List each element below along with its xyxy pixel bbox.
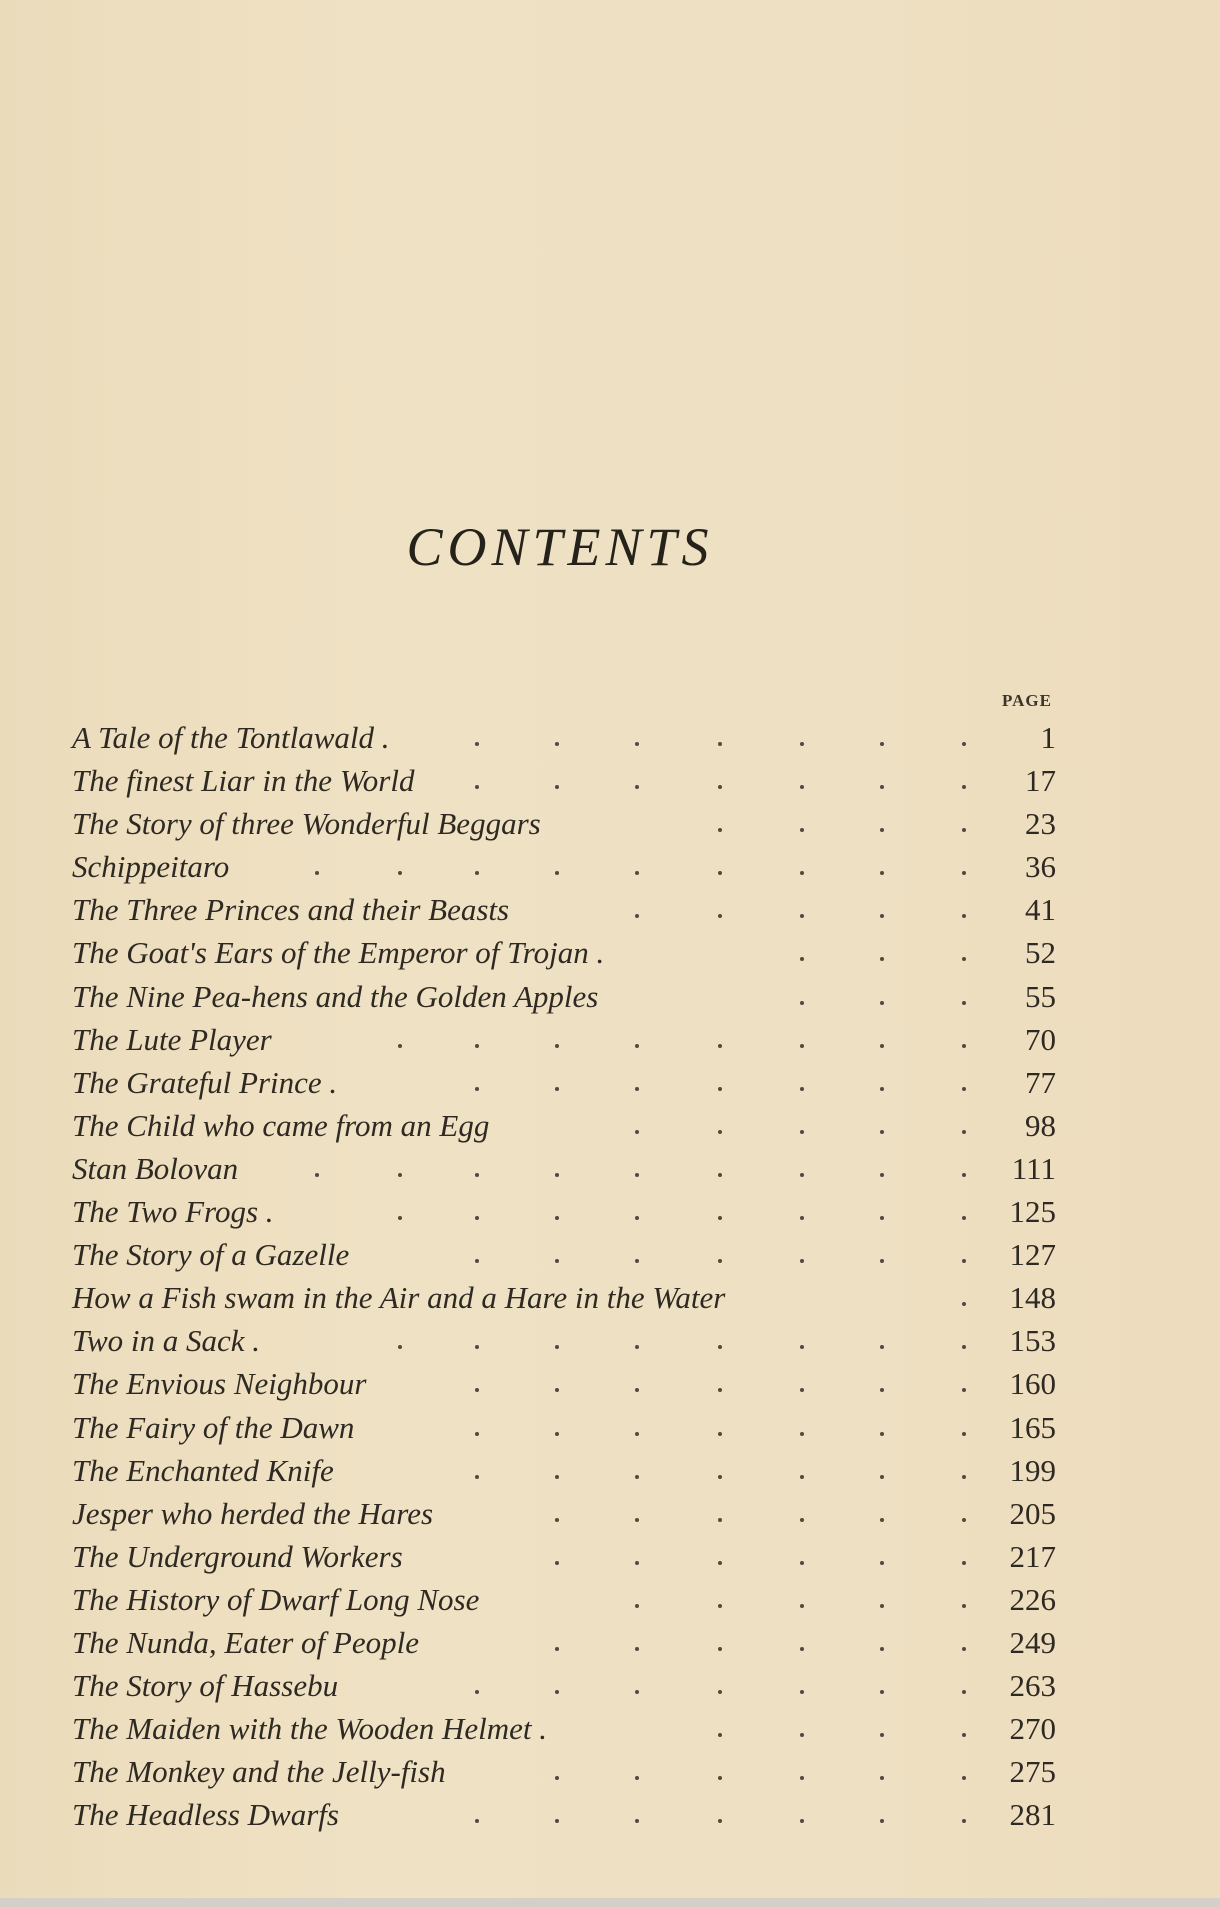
leader-dot <box>880 1776 884 1780</box>
toc-entry-page-number: 36 <box>1025 845 1056 888</box>
toc-entry: Schippeitaro36 <box>0 845 1220 888</box>
leader-dot <box>475 1475 479 1479</box>
toc-entry-page-number: 226 <box>1010 1578 1057 1621</box>
toc-entry-page-number: 52 <box>1025 931 1056 974</box>
leader-dot <box>880 914 884 918</box>
leader-dot <box>475 1345 479 1349</box>
leader-dot <box>635 785 639 789</box>
leader-dot <box>398 1216 402 1220</box>
leader-dot <box>962 1001 966 1005</box>
leader-dot <box>475 1432 479 1436</box>
leader-dot <box>555 871 559 875</box>
leader-dot <box>475 742 479 746</box>
leader-dot <box>718 1518 722 1522</box>
toc-entry: The Grateful Prince .77 <box>0 1061 1220 1104</box>
toc-entry-page-number: 217 <box>1010 1535 1057 1578</box>
leader-dot <box>800 1819 804 1823</box>
leader-dot <box>475 1216 479 1220</box>
leader-dot <box>475 1044 479 1048</box>
leader-dot <box>800 1690 804 1694</box>
leader-dot <box>800 914 804 918</box>
toc-entry: A Tale of the Tontlawald .1 <box>0 716 1220 759</box>
toc-entry: The History of Dwarf Long Nose226 <box>0 1578 1220 1621</box>
toc-entry: How a Fish swam in the Air and a Hare in… <box>0 1276 1220 1319</box>
leader-dot <box>800 1087 804 1091</box>
leader-dot <box>800 828 804 832</box>
leader-dot <box>880 1216 884 1220</box>
leader-dot <box>555 1259 559 1263</box>
leader-dot <box>718 1388 722 1392</box>
leader-dot <box>555 1044 559 1048</box>
leader-dot <box>475 871 479 875</box>
leader-dot <box>718 1432 722 1436</box>
leader-dot <box>718 1776 722 1780</box>
toc-entry-page-number: 98 <box>1025 1104 1056 1147</box>
toc-entry-page-number: 77 <box>1025 1061 1056 1104</box>
leader-dot <box>962 1130 966 1134</box>
toc-entry-page-number: 1 <box>1041 716 1057 759</box>
leader-dot <box>398 1044 402 1048</box>
leader-dot <box>962 871 966 875</box>
page-bottom-edge <box>0 1898 1220 1907</box>
leader-dot <box>555 785 559 789</box>
leader-dot <box>635 1776 639 1780</box>
toc-entry-page-number: 23 <box>1025 802 1056 845</box>
leader-dot <box>475 1388 479 1392</box>
table-of-contents: A Tale of the Tontlawald .1The finest Li… <box>0 716 1220 1836</box>
leader-dot <box>880 1604 884 1608</box>
toc-entry: The Underground Workers217 <box>0 1535 1220 1578</box>
leader-dot <box>635 1388 639 1392</box>
leader-dot <box>800 1647 804 1651</box>
toc-entry-page-number: 160 <box>1010 1362 1057 1405</box>
leader-dot <box>880 1733 884 1737</box>
toc-entry: The Story of three Wonderful Beggars23 <box>0 802 1220 845</box>
leader-dot <box>718 828 722 832</box>
leader-dot <box>635 1259 639 1263</box>
leader-dot <box>800 957 804 961</box>
toc-entry-page-number: 70 <box>1025 1018 1056 1061</box>
leader-dot <box>880 1819 884 1823</box>
leader-dot <box>962 1647 966 1651</box>
leader-dot <box>962 957 966 961</box>
page-column-label: PAGE <box>1002 691 1052 711</box>
leader-dot <box>475 1259 479 1263</box>
toc-entry-page-number: 205 <box>1010 1492 1057 1535</box>
leader-dot <box>962 1518 966 1522</box>
leader-dot <box>718 1647 722 1651</box>
leader-dot <box>315 1173 319 1177</box>
leader-dot <box>880 1044 884 1048</box>
leader-dot <box>315 871 319 875</box>
leader-dot <box>880 1561 884 1565</box>
leader-dot <box>880 1173 884 1177</box>
leader-dot <box>718 1475 722 1479</box>
leader-dot <box>880 1130 884 1134</box>
leader-dot <box>635 1518 639 1522</box>
toc-entry: The Fairy of the Dawn165 <box>0 1406 1220 1449</box>
leader-dot <box>555 1432 559 1436</box>
leader-dot <box>962 914 966 918</box>
leader-dot <box>800 1776 804 1780</box>
leader-dot <box>555 1690 559 1694</box>
leader-dot <box>800 1733 804 1737</box>
leader-dot <box>962 828 966 832</box>
toc-entry: The Two Frogs .125 <box>0 1190 1220 1233</box>
leader-dot <box>555 1776 559 1780</box>
leader-dot <box>880 1259 884 1263</box>
leader-dot <box>718 1173 722 1177</box>
leader-dot <box>800 1173 804 1177</box>
leader-dot <box>880 1518 884 1522</box>
leader-dot <box>718 1044 722 1048</box>
toc-entry: The Nine Pea-hens and the Golden Apples5… <box>0 975 1220 1018</box>
leader-dot <box>880 1475 884 1479</box>
leader-dot <box>635 1130 639 1134</box>
leader-dot <box>800 1604 804 1608</box>
toc-entry: The Goat's Ears of the Emperor of Trojan… <box>0 931 1220 974</box>
leader-dot <box>962 1561 966 1565</box>
leader-dot <box>800 1044 804 1048</box>
leader-dot <box>880 1690 884 1694</box>
leader-dot <box>635 1432 639 1436</box>
leader-dot <box>475 1173 479 1177</box>
leader-dot <box>635 1173 639 1177</box>
leader-dot <box>555 1518 559 1522</box>
leader-dot <box>880 871 884 875</box>
book-page: CONTENTS PAGE A Tale of the Tontlawald .… <box>0 0 1220 1898</box>
leader-dot <box>635 1216 639 1220</box>
toc-entry-page-number: 127 <box>1010 1233 1057 1276</box>
toc-entry-page-number: 165 <box>1010 1406 1057 1449</box>
leader-dot <box>962 742 966 746</box>
leader-dot <box>962 1432 966 1436</box>
toc-entry-page-number: 41 <box>1025 888 1056 931</box>
leader-dot <box>880 1001 884 1005</box>
toc-entry: The Story of Hassebu263 <box>0 1664 1220 1707</box>
toc-entry: The Monkey and the Jelly-fish275 <box>0 1750 1220 1793</box>
leader-dot <box>800 1388 804 1392</box>
toc-entry: The Child who came from an Egg98 <box>0 1104 1220 1147</box>
toc-entry: The Three Princes and their Beasts41 <box>0 888 1220 931</box>
leader-dot <box>962 1733 966 1737</box>
toc-entry: The Lute Player70 <box>0 1018 1220 1061</box>
leader-dot <box>962 1475 966 1479</box>
leader-dot <box>398 1173 402 1177</box>
leader-dot <box>880 1345 884 1349</box>
leader-dot <box>398 871 402 875</box>
leader-dot <box>555 1216 559 1220</box>
toc-entry-page-number: 263 <box>1010 1664 1057 1707</box>
leader-dot <box>555 1561 559 1565</box>
leader-dot <box>962 1302 966 1306</box>
toc-entry: The Story of a Gazelle127 <box>0 1233 1220 1276</box>
leader-dot <box>962 785 966 789</box>
toc-entry: The Nunda, Eater of People249 <box>0 1621 1220 1664</box>
leader-dot <box>555 742 559 746</box>
leader-dot <box>880 957 884 961</box>
leader-dot <box>555 1087 559 1091</box>
leader-dot <box>718 1259 722 1263</box>
toc-entry-page-number: 55 <box>1025 975 1056 1018</box>
leader-dot <box>718 1733 722 1737</box>
leader-dot <box>718 871 722 875</box>
toc-entry-page-number: 270 <box>1010 1707 1057 1750</box>
leader-dot <box>635 1044 639 1048</box>
leader-dot <box>635 1087 639 1091</box>
leader-dot <box>555 1475 559 1479</box>
leader-dot <box>800 1216 804 1220</box>
leader-dot <box>635 1345 639 1349</box>
leader-dot <box>718 742 722 746</box>
leader-dot <box>718 785 722 789</box>
leader-dot <box>635 1475 639 1479</box>
leader-dot <box>635 1647 639 1651</box>
leader-dot <box>962 1216 966 1220</box>
leader-dot <box>718 1819 722 1823</box>
leader-dot <box>800 1259 804 1263</box>
toc-entry: Two in a Sack .153 <box>0 1319 1220 1362</box>
toc-entry-page-number: 275 <box>1010 1750 1057 1793</box>
leader-dot <box>880 828 884 832</box>
leader-dot <box>962 1604 966 1608</box>
toc-entry: The Maiden with the Wooden Helmet .270 <box>0 1707 1220 1750</box>
leader-dot <box>962 1044 966 1048</box>
leader-dot <box>555 1345 559 1349</box>
page-title: CONTENTS <box>0 516 1120 578</box>
leader-dot <box>880 785 884 789</box>
toc-entry-page-number: 153 <box>1010 1319 1057 1362</box>
leader-dot <box>475 1087 479 1091</box>
toc-entry: The Headless Dwarfs281 <box>0 1793 1220 1836</box>
leader-dot <box>962 1776 966 1780</box>
dot-leader <box>0 716 1220 759</box>
leader-dot <box>962 1259 966 1263</box>
toc-entry: The finest Liar in the World17 <box>0 759 1220 802</box>
leader-dot <box>555 1819 559 1823</box>
leader-dot <box>800 1130 804 1134</box>
leader-dot <box>718 914 722 918</box>
leader-dot <box>800 742 804 746</box>
leader-dot <box>800 1432 804 1436</box>
toc-entry-page-number: 199 <box>1010 1449 1057 1492</box>
leader-dot <box>718 1087 722 1091</box>
leader-dot <box>635 871 639 875</box>
leader-dot <box>718 1690 722 1694</box>
leader-dot <box>635 1604 639 1608</box>
toc-entry-page-number: 249 <box>1010 1621 1057 1664</box>
leader-dot <box>880 1388 884 1392</box>
leader-dot <box>800 1475 804 1479</box>
leader-dot <box>635 1819 639 1823</box>
leader-dot <box>398 1345 402 1349</box>
leader-dot <box>635 1690 639 1694</box>
leader-dot <box>880 742 884 746</box>
leader-dot <box>962 1388 966 1392</box>
leader-dot <box>718 1130 722 1134</box>
leader-dot <box>475 1819 479 1823</box>
leader-dot <box>555 1173 559 1177</box>
toc-entry-page-number: 125 <box>1010 1190 1057 1233</box>
leader-dot <box>635 1561 639 1565</box>
leader-dot <box>962 1173 966 1177</box>
leader-dot <box>475 785 479 789</box>
toc-entry: Jesper who herded the Hares205 <box>0 1492 1220 1535</box>
toc-entry: The Envious Neighbour160 <box>0 1362 1220 1405</box>
leader-dot <box>962 1087 966 1091</box>
leader-dot <box>800 1561 804 1565</box>
leader-dot <box>800 785 804 789</box>
leader-dot <box>635 914 639 918</box>
toc-entry-page-number: 111 <box>1012 1147 1056 1190</box>
leader-dot <box>800 1001 804 1005</box>
leader-dot <box>880 1432 884 1436</box>
leader-dot <box>962 1819 966 1823</box>
toc-entry-page-number: 17 <box>1025 759 1056 802</box>
leader-dot <box>718 1604 722 1608</box>
toc-entry: Stan Bolovan111 <box>0 1147 1220 1190</box>
leader-dot <box>718 1216 722 1220</box>
leader-dot <box>962 1690 966 1694</box>
toc-entry-page-number: 148 <box>1010 1276 1057 1319</box>
leader-dot <box>555 1388 559 1392</box>
toc-entry-page-number: 281 <box>1010 1793 1057 1836</box>
leader-dot <box>800 1345 804 1349</box>
leader-dot <box>718 1345 722 1349</box>
leader-dot <box>800 1518 804 1522</box>
leader-dot <box>962 1345 966 1349</box>
leader-dot <box>800 871 804 875</box>
leader-dot <box>880 1087 884 1091</box>
leader-dot <box>718 1561 722 1565</box>
toc-entry: The Enchanted Knife199 <box>0 1449 1220 1492</box>
leader-dot <box>880 1647 884 1651</box>
leader-dot <box>475 1690 479 1694</box>
leader-dot <box>635 742 639 746</box>
leader-dot <box>555 1647 559 1651</box>
